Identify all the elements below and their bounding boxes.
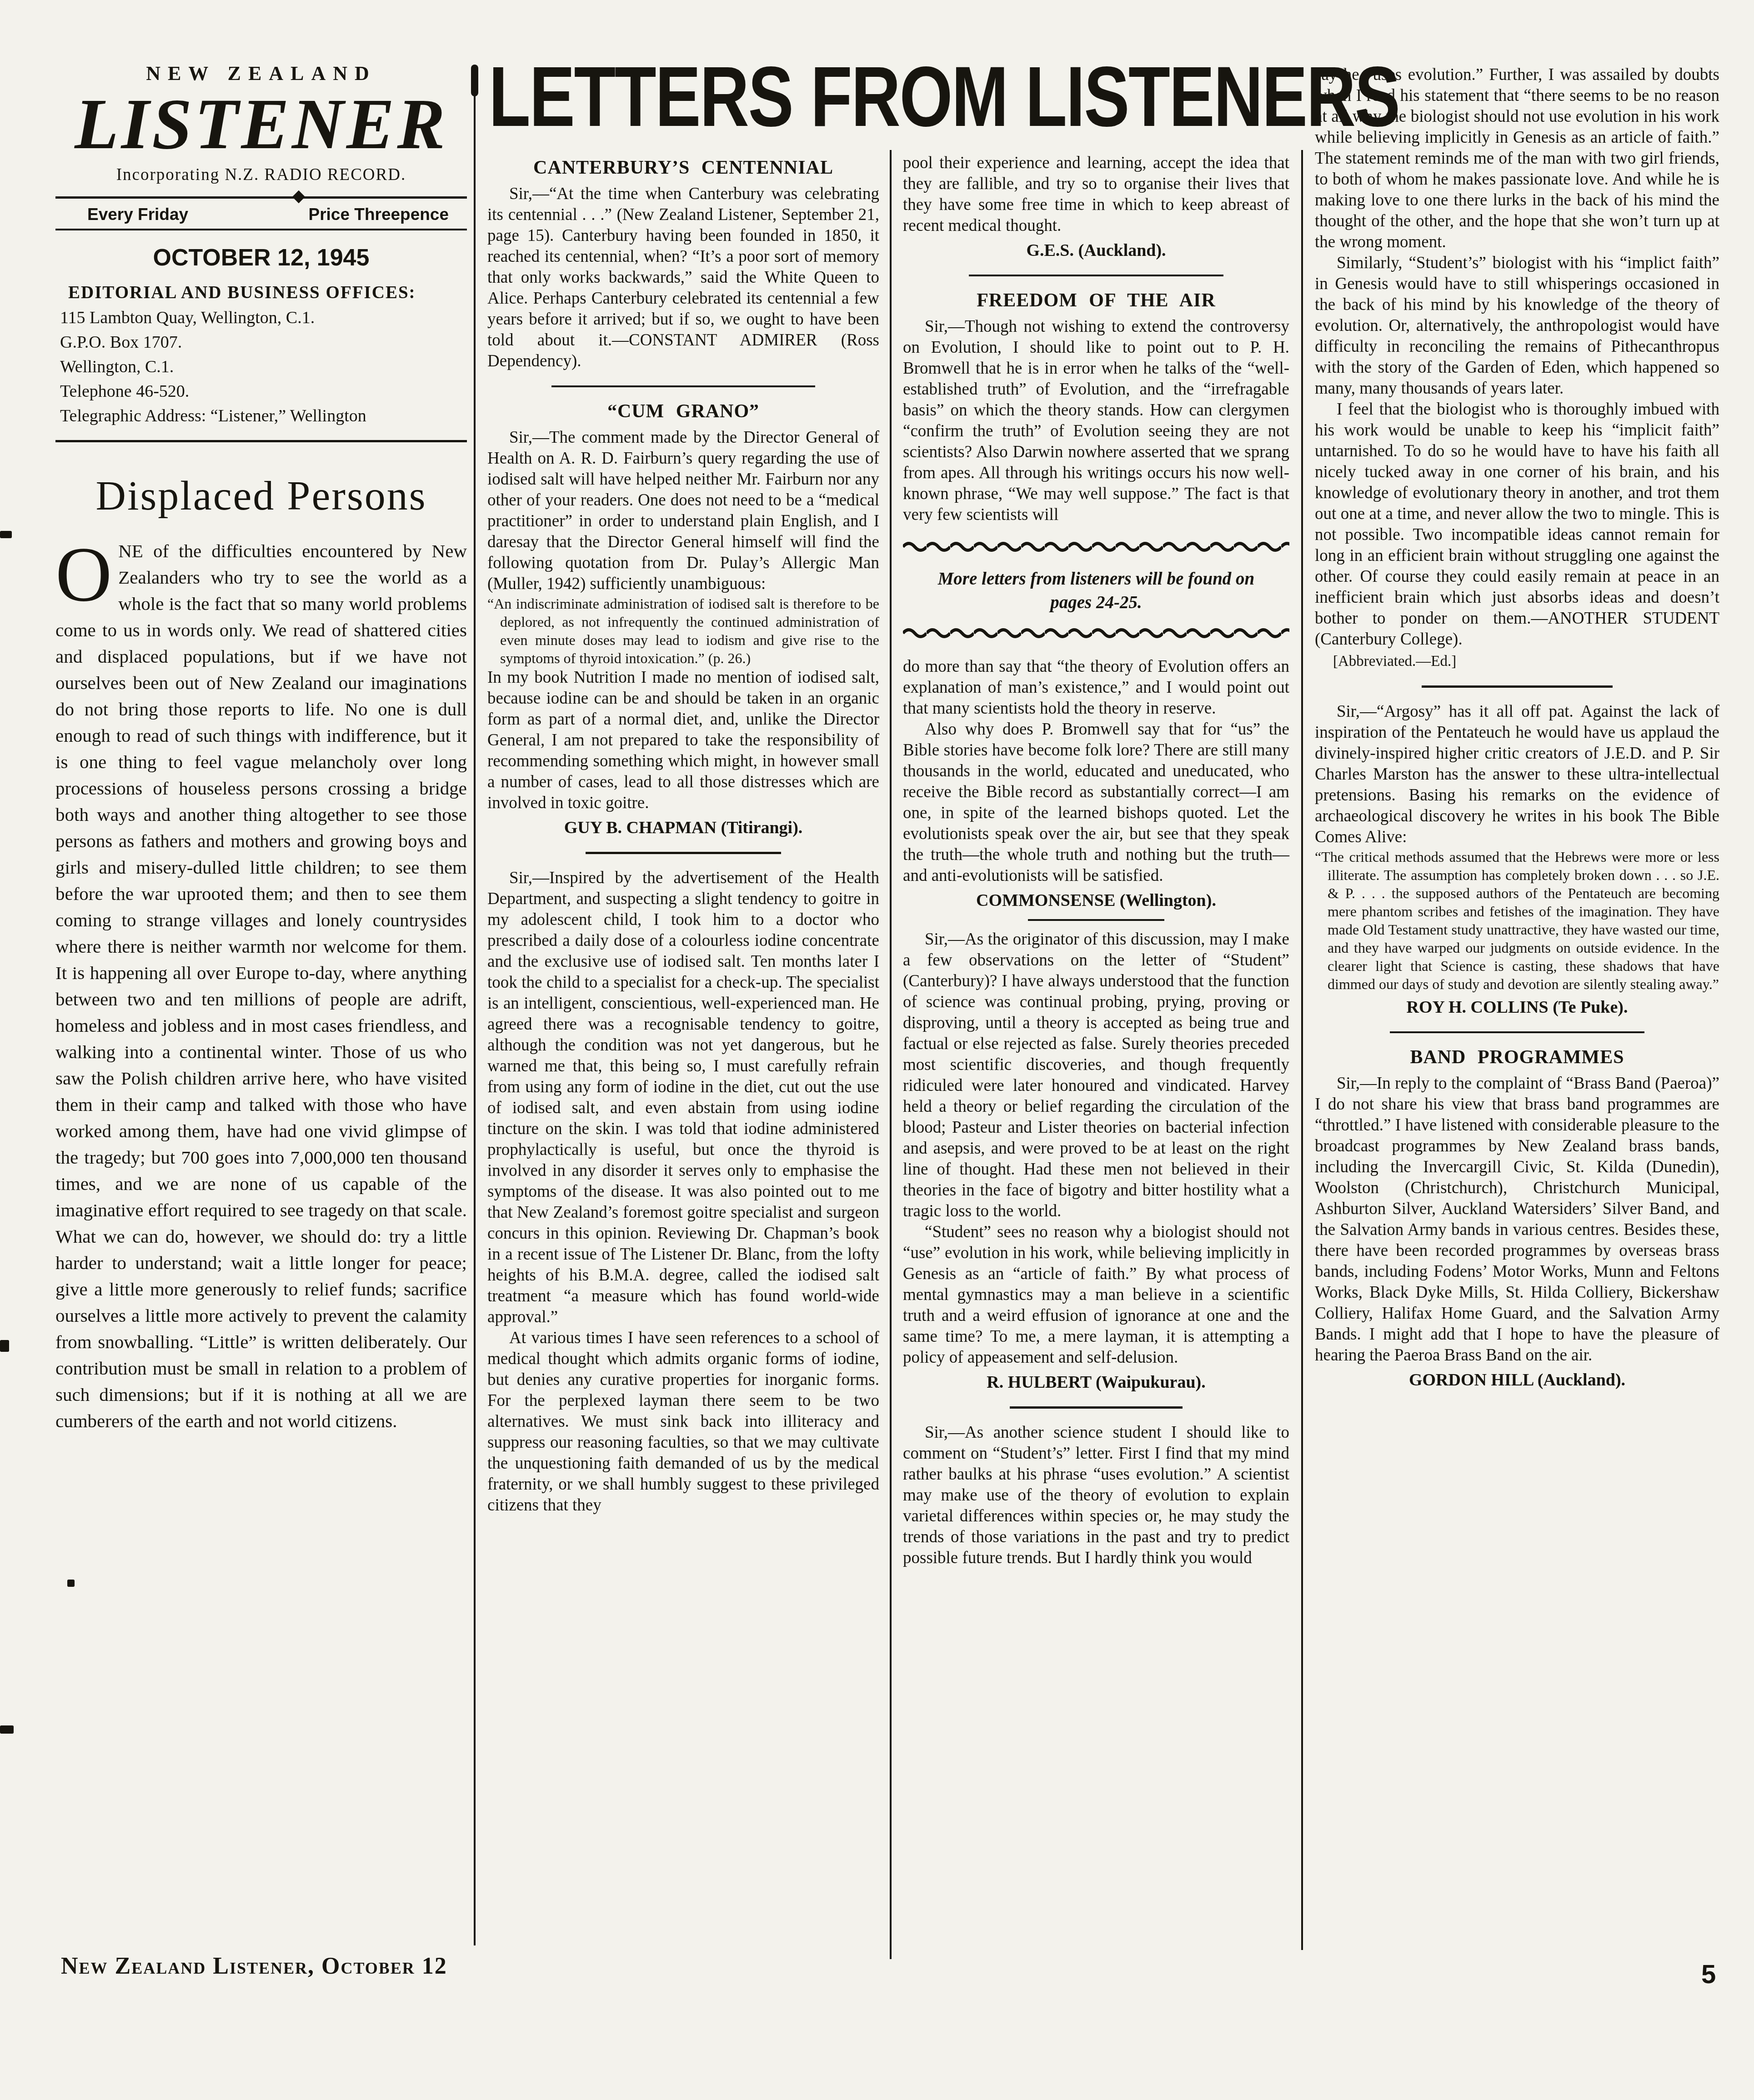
letter-paragraph: do more than say that “the theory of Evo… xyxy=(903,656,1289,719)
letter-heading: BAND PROGRAMMES xyxy=(1315,1047,1719,1068)
wavy-rule xyxy=(903,541,1289,553)
section-rule xyxy=(586,852,781,854)
column-divider xyxy=(474,68,476,1945)
letter-paragraph: Also why does P. Bromwell say that for “… xyxy=(903,719,1289,886)
letter-paragraph: “Student” sees no reason why a biologist… xyxy=(903,1222,1289,1368)
section-rule xyxy=(969,275,1223,276)
letter-paragraph: Sir,—“At the time when Canterbury was ce… xyxy=(487,184,879,372)
section-rule xyxy=(1422,685,1613,688)
section-rule xyxy=(551,385,815,387)
letter-paragraph: Sir,—As another science student I should… xyxy=(903,1422,1289,1569)
column-2: CANTERBURY’S CENTENNIAL Sir,—“At the tim… xyxy=(487,153,879,1516)
page-number: 5 xyxy=(1701,1959,1716,1990)
letter-paragraph: In my book Nutrition I made no mention o… xyxy=(487,667,879,814)
masthead-region: NEW ZEALAND xyxy=(55,62,467,85)
address-line: Wellington, C.1. xyxy=(60,355,467,379)
masthead-rule xyxy=(55,440,467,442)
letter-signature: ROY H. COLLINS (Te Puke). xyxy=(1315,997,1719,1018)
address-line: Telephone 46-520. xyxy=(60,379,467,404)
page-title: LETTERS FROM LISTENERS xyxy=(489,54,1325,139)
drop-cap: O xyxy=(55,538,118,605)
address-line: Telegraphic Address: “Listener,” Welling… xyxy=(60,404,467,428)
issue-date: OCTOBER 12, 1945 xyxy=(55,244,467,271)
issue-day: Every Friday xyxy=(87,205,188,224)
ink-speck xyxy=(0,1340,9,1352)
letter-signature: R. HULBERT (Waipukurau). xyxy=(903,1372,1289,1393)
letter-quotation: “The critical methods assumed that the H… xyxy=(1315,848,1719,993)
letter-paragraph: At various times I have seen references … xyxy=(487,1328,879,1516)
masthead-rule xyxy=(55,196,467,199)
letter-paragraph: Sir,—The comment made by the Director Ge… xyxy=(487,427,879,595)
letter-signature: GORDON HILL (Auckland). xyxy=(1315,1370,1719,1390)
address-line: G.P.O. Box 1707. xyxy=(60,330,467,355)
offices-heading: EDITORIAL AND BUSINESS OFFICES: xyxy=(55,282,467,303)
more-letters-notice: More letters from listeners will be foun… xyxy=(903,537,1289,645)
offices-address: 115 Lambton Quay, Wellington, C.1. G.P.O… xyxy=(55,305,467,428)
section-rule xyxy=(1390,1031,1644,1033)
column-1: NEW ZEALAND LISTENER Incorporating N.Z. … xyxy=(55,58,467,1434)
letter-signature: COMMONSENSE (Wellington). xyxy=(903,890,1289,911)
ink-blob xyxy=(471,65,478,96)
issue-price: Price Threepence xyxy=(309,205,449,224)
letter-heading: “CUM GRANO” xyxy=(487,401,879,422)
letter-paragraph: say he “uses evolution.” Further, I was … xyxy=(1315,65,1719,253)
letter-paragraph: I feel that the biologist who is thoroug… xyxy=(1315,399,1719,650)
letter-paragraph: Sir,—“Argosy” has it all off pat. Agains… xyxy=(1315,701,1719,848)
letter-signature: G.E.S. (Auckland). xyxy=(903,240,1289,261)
masthead-subtitle: Incorporating N.Z. RADIO RECORD. xyxy=(55,165,467,185)
letter-paragraph: Sir,—Though not wishing to extend the co… xyxy=(903,316,1289,525)
letter-paragraph: Sir,—Inspired by the advertisement of th… xyxy=(487,868,879,1328)
column-divider xyxy=(1301,150,1303,1950)
more-letters-text: More letters from listeners will be foun… xyxy=(903,558,1289,624)
masthead-title: LISTENER xyxy=(55,87,467,162)
letter-paragraph: pool their experience and learning, acce… xyxy=(903,153,1289,236)
letter-paragraph: Sir,—As the originator of this discussio… xyxy=(903,929,1289,1222)
letter-quotation: “An indiscriminate administration of iod… xyxy=(487,595,879,667)
editor-note: [Abbreviated.—Ed.] xyxy=(1315,651,1719,672)
section-rule xyxy=(1010,1406,1183,1409)
editorial-body: ONE of the difficulties encountered by N… xyxy=(55,538,467,1434)
masthead-issue-row: Every Friday Price Threepence xyxy=(55,199,467,229)
newspaper-page: NEW ZEALAND LISTENER Incorporating N.Z. … xyxy=(0,0,1754,2100)
letter-signature: GUY B. CHAPMAN (Titirangi). xyxy=(487,817,879,838)
masthead-rule xyxy=(55,229,467,230)
address-line: 115 Lambton Quay, Wellington, C.1. xyxy=(60,305,467,330)
editorial-text: NE of the difficulties encountered by Ne… xyxy=(55,540,467,1431)
letter-paragraph: Sir,—In reply to the complaint of “Brass… xyxy=(1315,1073,1719,1366)
letter-heading: CANTERBURY’S CENTENNIAL xyxy=(487,157,879,178)
masthead: NEW ZEALAND LISTENER Incorporating N.Z. … xyxy=(55,62,467,442)
ink-speck xyxy=(0,531,12,538)
column-4: say he “uses evolution.” Further, I was … xyxy=(1315,65,1719,1393)
editorial-title: Displaced Persons xyxy=(55,471,467,520)
wavy-rule xyxy=(903,627,1289,639)
column-3: pool their experience and learning, acce… xyxy=(903,153,1289,1569)
letter-heading: FREEDOM OF THE AIR xyxy=(903,290,1289,311)
section-rule xyxy=(1028,919,1164,921)
ink-speck xyxy=(67,1580,75,1587)
ink-speck xyxy=(0,1725,14,1734)
footer-folio: New Zealand Listener, October 12 xyxy=(61,1953,447,1980)
letter-paragraph: Similarly, “Student’s” biologist with hi… xyxy=(1315,253,1719,399)
column-divider xyxy=(890,150,892,1959)
